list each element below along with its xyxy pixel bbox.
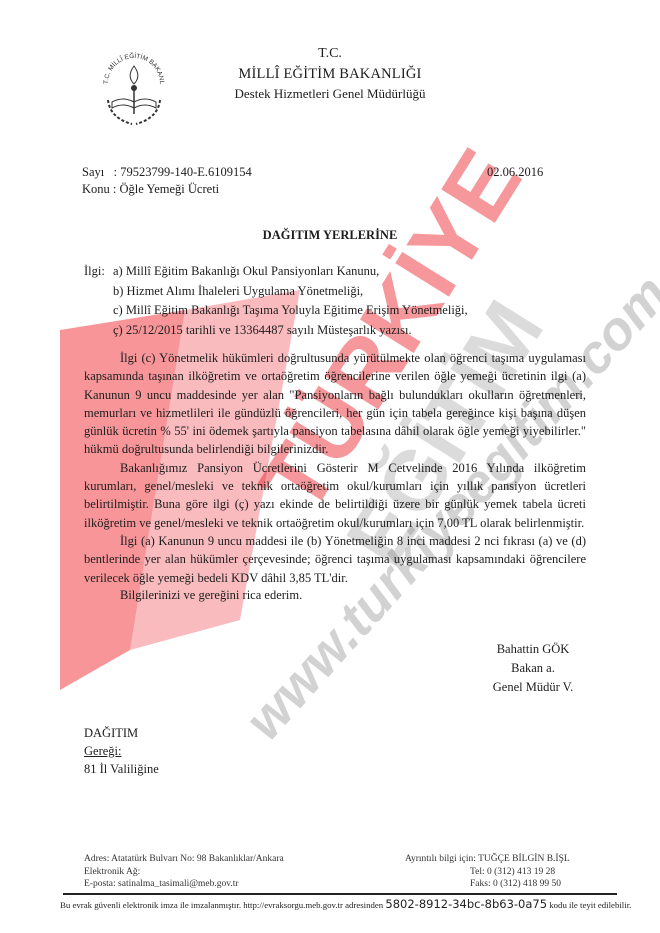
signer-title-1: Bakan a. <box>470 659 596 678</box>
reference-item: ç) 25/12/2015 tarihli ve 13364487 sayılı… <box>84 321 468 341</box>
body-paragraph: İlgi (a) Kanunun 9 uncu maddesi ile (b) … <box>84 532 586 587</box>
signer-name: Bahattin GÖK <box>470 640 596 659</box>
closing-line: Bilgilerinizi ve gereğini rica ederim. <box>120 588 302 603</box>
distribution-block: DAĞITIM Gereği: 81 İl Valiliğine <box>84 724 159 778</box>
document-date: 02.06.2016 <box>487 165 543 180</box>
letterhead-directorate: Destek Hizmetleri Genel Müdürlüğü <box>0 86 660 102</box>
distribution-subheading: Gereği: <box>84 742 159 760</box>
footer-address-block: Adres: Atatatürk Bulvarı No: 98 Bakanlık… <box>84 853 284 891</box>
verification-suffix: kodu ile teyit edilebilir. <box>547 900 631 910</box>
footer-email[interactable]: E-posta: satinalma_tasimali@meb.gov.tr <box>84 878 284 891</box>
distribution-recipient: 81 İl Valiliğine <box>84 760 159 778</box>
references-list: İlgi:a) Millî Eğitim Bakanlığı Okul Pans… <box>84 262 468 340</box>
letter-body: İlgi (c) Yönetmelik hükümleri doğrultusu… <box>84 349 586 587</box>
references-label: İlgi: <box>84 262 113 282</box>
distribution-heading: DAĞITIM <box>84 724 159 742</box>
footer-tel: Tel: 0 (312) 413 19 28 <box>405 866 570 879</box>
signer-title-2: Genel Müdür V. <box>470 678 596 697</box>
reference-item: c) Millî Eğitim Bakanlığı Taşıma Yoluyla… <box>84 301 468 321</box>
footer-fax: Faks: 0 (312) 418 99 50 <box>405 878 570 891</box>
reference-item: b) Hizmet Alımı İhaleleri Uygulama Yönet… <box>84 282 468 302</box>
body-paragraph: Bakanlığımız Pansiyon Ücretlerini Göster… <box>84 459 586 532</box>
footer-address: Adres: Atatatürk Bulvarı No: 98 Bakanlık… <box>84 853 284 866</box>
letterhead-ministry: MİLLÎ EĞİTİM BAKANLIĞI <box>0 66 660 83</box>
verification-prefix: Bu evrak güvenli elektronik imza ile imz… <box>60 900 385 910</box>
document-subject: Konu : Öğle Yemeği Ücreti <box>82 182 219 197</box>
footer-contact: Ayrıntılı bilgi için: TUĞÇE BİLGİN B.İŞL <box>405 853 570 866</box>
letterhead-tc: T.C. <box>0 46 660 62</box>
document-number: Sayı : 79523799-140-E.6109154 <box>82 165 252 180</box>
verification-code: 5802-8912-34bc-8b63-0a75 <box>385 897 547 911</box>
recipients-title: DAĞITIM YERLERİNE <box>0 228 660 243</box>
body-paragraph: İlgi (c) Yönetmelik hükümleri doğrultusu… <box>84 349 586 459</box>
footer-contact-block: Ayrıntılı bilgi için: TUĞÇE BİLGİN B.İŞL… <box>405 853 570 891</box>
footer-divider <box>63 893 617 895</box>
footer-network: Elektronik Ağ: <box>84 866 284 879</box>
signature-block: Bahattin GÖK Bakan a. Genel Müdür V. <box>470 640 596 697</box>
verification-line: Bu evrak güvenli elektronik imza ile imz… <box>60 897 620 911</box>
reference-item: İlgi:a) Millî Eğitim Bakanlığı Okul Pans… <box>84 262 468 282</box>
